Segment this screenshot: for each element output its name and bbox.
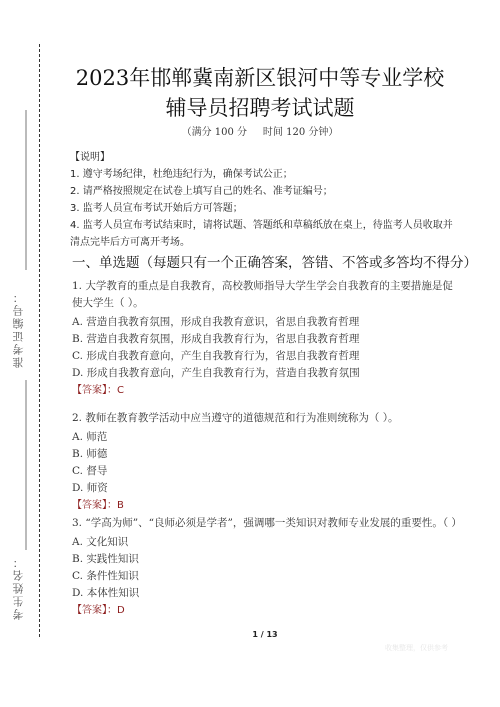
option-b: B. 实践性知识: [72, 551, 462, 568]
option-b: B. 营造自我教育氛围，形成自我教育行为，省思自我教育哲理: [72, 331, 462, 348]
instruction-item: 1. 遵守考场纪律，杜绝违纪行为，确保考试公正；: [70, 166, 460, 183]
option-d: D. 师资: [72, 480, 462, 497]
document-title-line2: 辅导员招聘考试试题: [60, 92, 460, 122]
question-stem: 1. 大学教育的重点是自我教育，高校教师指导大学生学会自我教育的主要措施是促使大…: [72, 278, 462, 312]
document-title-line1: 2023年邯郸冀南新区银河中等专业学校: [60, 62, 460, 92]
exam-id-label: 准考证编号：: [11, 290, 31, 368]
answer: 【答案】：C: [72, 382, 462, 400]
instructions-heading: 【说明】: [70, 149, 460, 166]
answer: 【答案】：B: [72, 497, 462, 515]
question-stem: 3. “学高为师”、“良师必须是学者”，强调哪一类知识对教师专业发展的重要性。（…: [72, 515, 462, 532]
option-c: C. 督导: [72, 463, 462, 480]
binding-dashed-line: [39, 44, 40, 637]
question-stem: 2. 教师在教育教学活动中应当遵守的道德规范和行为准则统称为（ ）。: [72, 410, 462, 427]
option-c: C. 条件性知识: [72, 568, 462, 585]
watermark: 收集整理，仅供参考: [385, 643, 448, 653]
option-d: D. 形成自我教育意向，产生自我教育行为，营造自我教育氛围: [72, 365, 462, 382]
instruction-item: 2. 请严格按照规定在试卷上填写自己的姓名、准考证编号；: [70, 183, 460, 200]
instructions: 【说明】 1. 遵守考场纪律，杜绝违纪行为，确保考试公正； 2. 请严格按照规定…: [70, 149, 460, 251]
candidate-name-label: 考生姓名：: [11, 555, 31, 620]
name-underline: [25, 380, 27, 550]
question-2: 2. 教师在教育教学活动中应当遵守的道德规范和行为准则统称为（ ）。 A. 师范…: [72, 410, 462, 515]
answer: 【答案】：D: [72, 602, 462, 620]
option-c: C. 形成自我教育意向，产生自我教育行为，省思自我教育哲理: [72, 348, 462, 365]
option-a: A. 营造自我教育氛围，形成自我教育意识，省思自我教育哲理: [72, 314, 462, 331]
page-number: 1 / 13: [0, 630, 500, 639]
question-1: 1. 大学教育的重点是自我教育，高校教师指导大学生学会自我教育的主要措施是促使大…: [72, 278, 462, 400]
instruction-item: 3. 监考人员宣布考试开始后方可答题；: [70, 200, 460, 217]
option-b: B. 师德: [72, 446, 462, 463]
option-a: A. 师范: [72, 429, 462, 446]
section-title: 一、单选题（每题只有一个正确答案，答错、不答或多答均不得分）: [72, 251, 477, 271]
instruction-item: 4. 监考人员宣布考试结束时，请将试题、答题纸和草稿纸放在桌上，待监考人员收取并…: [70, 217, 460, 251]
question-3: 3. “学高为师”、“良师必须是学者”，强调哪一类知识对教师专业发展的重要性。（…: [72, 515, 462, 620]
exam-info: （满分 100 分 时间 120 分钟）: [60, 123, 460, 138]
option-a: A. 文化知识: [72, 534, 462, 551]
option-d: D. 本体性知识: [72, 585, 462, 602]
exam-id-underline: [25, 110, 27, 270]
